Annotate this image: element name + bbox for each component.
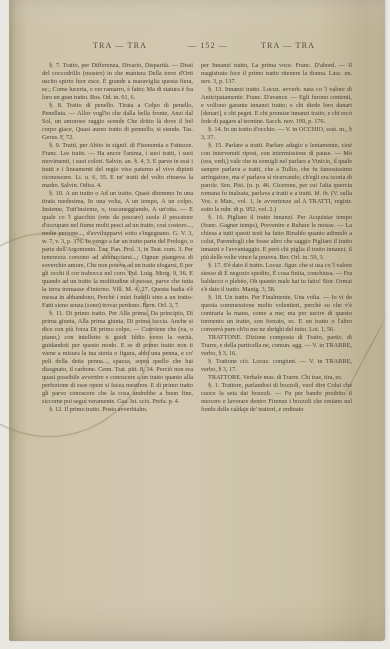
paragraph: §. 16. Pigliare il tratto innanzi. Per A… — [201, 214, 352, 262]
text-column-right: per Innanzi tratto, La prima voce. Franc… — [201, 62, 352, 578]
paragraph: TRATTORE. Verbale mas. di Trarre. Chi tr… — [201, 374, 352, 382]
paragraph: per Innanzi tratto, La prima voce. Franc… — [201, 62, 352, 86]
paragraph: §. 18. Un tratto. Per Finalmente, Una vo… — [201, 294, 352, 334]
scanned-page: TRA — TRA — 152 — TRA — TRA §. 7. Tratto… — [9, 0, 385, 641]
paragraph: §. 14. In un tratto d'occhio. — V. in OC… — [201, 126, 352, 142]
paragraph: §. 8. Tratto di penello. Tirata a Colpo … — [42, 102, 193, 142]
paragraph: §. 7. Tratto, per Differenza, Divario, D… — [42, 62, 193, 102]
paragraph: §. 13. Innanzi tratto. Locuz. avverb. na… — [201, 86, 352, 126]
paragraph: §. 10. A un tratto o Ad un tratto. Quasi… — [42, 190, 193, 310]
paragraph: §. 1. Trattore, parlandosi di bozzoli, v… — [201, 382, 352, 414]
running-head-left: TRA — TRA — [93, 41, 147, 50]
paragraph: §. 11. Di primo tratto. Per Alla prima, … — [42, 310, 193, 406]
scan-background: TRA — TRA — 152 — TRA — TRA §. 7. Tratto… — [0, 0, 390, 649]
running-head-right: TRA — TRA — [261, 41, 315, 50]
paragraph: §. 15. Parlare a tratti. Parlare adagio … — [201, 142, 352, 214]
running-header: TRA — TRA — 152 — TRA — TRA — [42, 41, 352, 55]
paragraph: TRATTONE. Dizione composta di Tratto, pa… — [201, 334, 352, 358]
paragraph: §. 9. Tratti, per Abito in signif. di Fi… — [42, 142, 193, 190]
paragraph: §. Trattone ciò. Locuz. congiunt. — V. i… — [201, 358, 352, 374]
paragraph: §. 12. Il primo tratto. Posto avverbialm… — [42, 406, 193, 414]
paragraph: §. 17. S'è dato il tratto. Locuz. figur.… — [201, 262, 352, 294]
text-columns: §. 7. Tratto, per Differenza, Divario, D… — [42, 62, 352, 578]
page-number: — 152 — — [188, 41, 228, 50]
text-column-left: §. 7. Tratto, per Differenza, Divario, D… — [42, 62, 193, 578]
